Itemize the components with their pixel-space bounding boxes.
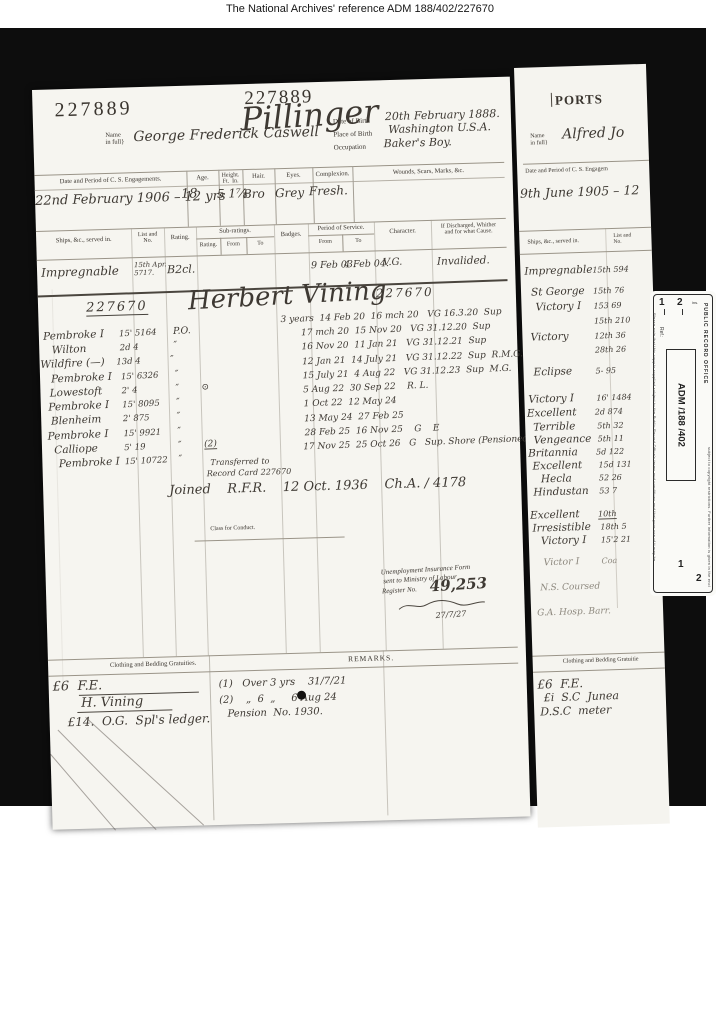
tick-mark <box>664 309 665 315</box>
ship-entry-pencil: Victor ICoa <box>543 548 617 569</box>
occupation-value: Baker's Boy. <box>383 135 452 150</box>
ship-badge: (2) <box>204 439 217 450</box>
ship-entry: Hindustan53 7 <box>533 478 617 500</box>
ship-entry-pencil: N.S. Coursed <box>540 573 609 594</box>
complexion-value: Fresh. <box>309 183 348 198</box>
bracket-line <box>551 93 552 107</box>
ship-list-no: 15th 594 <box>592 264 629 274</box>
grid-line-h <box>519 227 651 232</box>
name-label-line2: in full} <box>105 138 124 146</box>
grid-line-h <box>520 250 652 255</box>
ship-name: Eclipse <box>533 365 595 379</box>
ship-name: Victory I <box>535 300 593 314</box>
pob-value: Washington U.S.A. <box>388 120 491 136</box>
reference-number: ADM /188 /402 <box>676 383 687 447</box>
ins-label: ins. <box>692 300 698 305</box>
clothing-entry-1: £6 F.E. <box>537 676 583 691</box>
ship-entry: 28th 26 <box>595 337 627 357</box>
ship-entry: Eclipse5- 95 <box>533 358 616 380</box>
class-for-conduct-label: Class for Conduct. <box>210 525 255 532</box>
clothing-entry-3: D.S.C meter <box>540 703 611 718</box>
service-number-left: 227889 <box>54 97 133 122</box>
reference-box: ADM /188 /402 <box>666 349 696 481</box>
remark-entry-2: (2) „ 6 „ 6 Aug 24 <box>219 692 337 706</box>
ship-list-no: Coa <box>601 556 617 565</box>
public-record-office-label: PUBLIC RECORD OFFICE <box>702 303 708 384</box>
list-header-line2: No. <box>613 239 621 245</box>
occupation-label: Occupation <box>334 143 366 152</box>
crease-line <box>50 754 116 831</box>
ships-header: Ships, &c., served in. <box>527 238 579 246</box>
clothing-gratuities-header: Clothing and Bedding Gratuitie <box>537 656 665 666</box>
remark-entry-1: (1) Over 3 yrs 31/7/21 <box>219 675 347 690</box>
service-record-right-page: PORTS Namein full} Alfred Jo Date and Pe… <box>514 64 670 828</box>
ship-rating: ″ <box>179 453 205 465</box>
row1-list-line2: 5717. <box>134 269 154 278</box>
row1-character: V.G. <box>383 257 403 269</box>
remarks-header: REMARKS. <box>348 653 394 663</box>
grid-line-h <box>523 160 649 165</box>
ship-name: Victory <box>530 330 594 344</box>
terms-fine-print-1: Please note that this copy is supplied s… <box>652 313 657 571</box>
public-record-office-strip: 1 2 ins. Ref.: Please note that this cop… <box>650 291 716 596</box>
clothing-entry-1: £6 F.E. <box>52 678 102 694</box>
scale-mark-3: 1 <box>678 559 684 570</box>
ship-name: Victory I <box>541 534 601 548</box>
engagement-date-value: 9th June 1905 – 12 <box>520 182 640 201</box>
ship-name: Pembroke I <box>59 455 125 470</box>
age-value: 18 <box>181 186 198 201</box>
grid-line-v <box>383 650 389 815</box>
ship-list-no: 28th 26 <box>595 345 627 355</box>
ship-name: N.S. Coursed <box>540 581 608 593</box>
scale-mark-1: 1 <box>659 297 665 308</box>
port-division-header: PORTS <box>555 91 603 108</box>
grid-line-h <box>533 668 665 673</box>
ship-name: G.A. Hosp. Barr. <box>537 605 647 618</box>
stamp-date: 27/7/27 <box>435 609 466 620</box>
scale-mark-4: 2 <box>696 573 702 584</box>
ref-label: Ref.: <box>658 327 664 338</box>
ship-badge: ⊙ <box>201 382 209 392</box>
clothing-entry-2: H. Vining <box>81 694 144 711</box>
transferred-note-line1: Transferred to <box>210 457 269 468</box>
hair-value: Bro <box>243 187 265 202</box>
record-number-right: 227670 <box>376 285 434 301</box>
ship-name: Impregnable <box>524 264 592 278</box>
scan-background: 227889 227889 Namein full} George Freder… <box>0 28 706 806</box>
name-label-line1: Name <box>530 133 545 139</box>
ship-list-no: 53 7 <box>599 486 617 496</box>
row1-cause: Invalided. <box>437 254 490 267</box>
remark-entry-3: Pension No. 1930. <box>227 706 323 720</box>
row1-ship: Impregnable <box>41 264 119 280</box>
grid-line-v <box>209 655 215 820</box>
name-label: Namein full} <box>105 131 124 146</box>
service-record-left-page: 227889 227889 Namein full} George Freder… <box>32 77 530 830</box>
ships-served-list: Impregnable15th 594 St George15th 76 Vic… <box>518 64 646 68</box>
crease-line <box>85 717 204 826</box>
ship-name: Victor I <box>543 555 601 568</box>
eyes-value: Grey <box>275 185 305 200</box>
row1-list-no: 15th Apr.5717. <box>134 260 167 277</box>
name-label-line2: in full} <box>530 139 548 146</box>
register-number: 49,253 <box>429 574 487 596</box>
clothing-gratuities-header: Clothing and Bedding Gratuities. <box>88 659 218 670</box>
ship-entry: Impregnable15th 594 <box>524 257 629 279</box>
name-handwritten: Alfred Jo <box>562 125 625 143</box>
pob-label: Place of Birth <box>333 130 372 139</box>
scale-mark-2: 2 <box>677 297 683 308</box>
list-no-header: List andNo. <box>613 232 631 245</box>
ship-entry-pencil: G.A. Hosp. Barr. <box>537 597 648 619</box>
ship-list-no: 5- 95 <box>595 366 616 376</box>
name-label: Namein full} <box>530 133 548 147</box>
ship-entry: Victory I15'2 21 <box>541 527 632 549</box>
clothing-entry-2: £i S.C Junea <box>544 689 620 704</box>
archive-reference-caption: The National Archives' reference ADM 188… <box>0 3 720 15</box>
tick-mark <box>682 309 683 315</box>
ship-list-no: 15' 10722 <box>125 455 179 467</box>
row1-rating: B2cl. <box>167 263 196 277</box>
terms-fine-print-2: subject to copyright restrictions. Furth… <box>707 447 712 587</box>
record-number: 227670 <box>86 299 148 317</box>
ship-list-no: 15'2 21 <box>601 535 631 545</box>
ship-name: Hindustan <box>533 485 599 499</box>
engagements-header: Date and Period of C. S. Engagem <box>525 166 608 175</box>
dob-label: Date of Birth <box>333 117 370 126</box>
